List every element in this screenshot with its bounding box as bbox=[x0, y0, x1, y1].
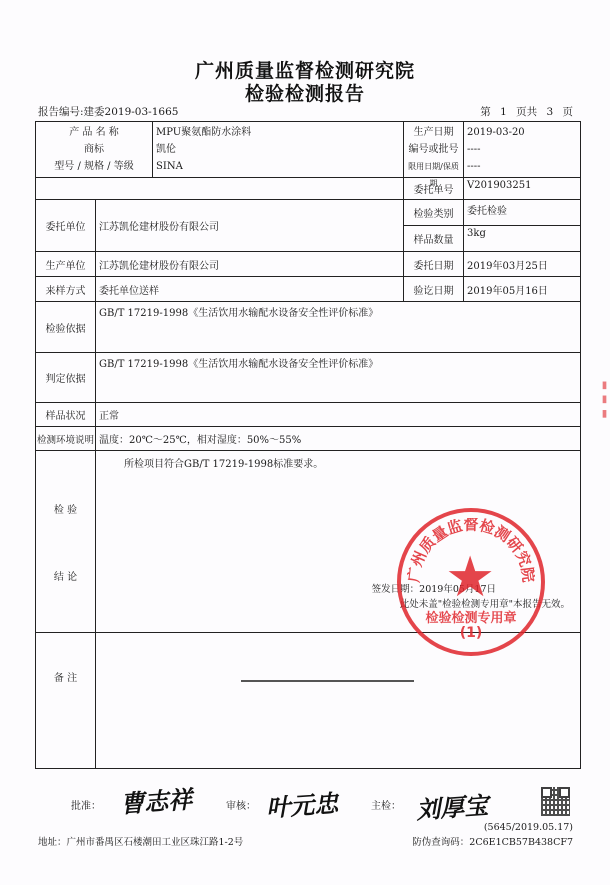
sample-qty-label: 样品数量 bbox=[404, 226, 464, 252]
production-date-value: 2019-03-20 bbox=[467, 124, 577, 141]
address: 地址：广州市番禺区石楼潮田工业区珠江路1-2号 bbox=[38, 834, 243, 848]
approve-signature: 曹志祥 bbox=[119, 780, 193, 820]
sample-status-value: 正常 bbox=[96, 403, 581, 427]
inspector-signature: 刘厚宝 bbox=[415, 786, 489, 826]
qr-code-caption: (5645/2019.05.17) bbox=[484, 822, 573, 833]
inspector-label: 主检： bbox=[371, 797, 401, 812]
order-no-value: V201903251 bbox=[464, 178, 581, 200]
completion-date-label: 验讫日期 bbox=[404, 277, 464, 302]
judgment-basis-value: GB/T 17219-1998《生活饮用水输配水设备安全性评价标准》 bbox=[96, 353, 581, 403]
judgment-basis-label: 判定依据 bbox=[36, 353, 96, 403]
report-table: 产 品 名 称 商标 型号 / 规格 / 等级 MPU聚氨酯防水涂料 凯伦 SI… bbox=[35, 121, 581, 769]
producer-value: 江苏凯伦建材股份有限公司 bbox=[96, 252, 404, 277]
report-number: 报告编号:建委2019-03-1665 bbox=[38, 104, 178, 119]
date-labels-cell: 生产日期 编号或批号 限用日期/保质期 bbox=[404, 122, 464, 178]
environment-value: 温度：20℃～25℃，相对湿度：50%～55% bbox=[96, 427, 581, 451]
brand-value: 凯伦 bbox=[156, 141, 400, 158]
sampling-label: 来样方式 bbox=[36, 277, 96, 302]
commission-date-label: 委托日期 bbox=[404, 252, 464, 277]
model-value: SINA bbox=[156, 158, 400, 175]
star-icon: ★ bbox=[445, 550, 495, 606]
remarks-strike-line bbox=[241, 680, 414, 682]
producer-label: 生产单位 bbox=[36, 252, 96, 277]
test-type-label: 检验类别 bbox=[404, 200, 464, 226]
conclusion-label-cell: 检 验 结 论 bbox=[36, 451, 96, 633]
model-label: 型号 / 规格 / 等级 bbox=[39, 158, 149, 175]
page-indicator: 第 1 页共 3 页 bbox=[480, 104, 573, 119]
review-label: 审核： bbox=[226, 797, 256, 812]
batch-value: ---- bbox=[467, 141, 577, 158]
commission-date-value: 2019年03月25日 bbox=[464, 252, 581, 277]
conclusion-label-1: 检 验 bbox=[39, 501, 92, 516]
product-values-cell: MPU聚氨酯防水涂料 凯伦 SINA bbox=[153, 122, 404, 178]
expiry-label: 限用日期/保质期 bbox=[407, 158, 460, 175]
date-values-cell: 2019-03-20 ---- ---- bbox=[464, 122, 581, 178]
product-name-label: 产 品 名 称 bbox=[39, 124, 149, 141]
seal-bottom-text: 检验检测专用章 bbox=[401, 607, 541, 626]
brand-label: 商标 bbox=[39, 141, 149, 158]
remarks-cell bbox=[96, 633, 581, 769]
conclusion-text: 所检项目符合GB/T 17219-1998标准要求。 bbox=[124, 455, 323, 470]
order-no-label: 委托单号 bbox=[404, 178, 464, 200]
sampling-value: 委托单位送样 bbox=[96, 277, 404, 302]
environment-label: 检测环境说明 bbox=[36, 427, 96, 451]
test-type-value: 委托检验 bbox=[464, 200, 581, 226]
conclusion-label-2: 结 论 bbox=[39, 568, 92, 583]
test-basis-value: GB/T 17219-1998《生活饮用水输配水设备安全性评价标准》 bbox=[96, 302, 581, 353]
sample-status-label: 样品状况 bbox=[36, 403, 96, 427]
sample-qty-value: 3kg bbox=[464, 226, 581, 252]
edge-seal-mark: ▮ ▮ ▮ bbox=[598, 380, 610, 500]
verify-code: 防伪查询码：2C6E1CB57B438CF7 bbox=[412, 834, 573, 848]
completion-date-value: 2019年05月16日 bbox=[464, 277, 581, 302]
production-date-label: 生产日期 bbox=[407, 124, 460, 141]
report-title: 检验检测报告 bbox=[0, 79, 610, 106]
client-label: 委托单位 bbox=[36, 200, 96, 252]
review-signature: 叶元忠 bbox=[265, 784, 339, 824]
blank-cell bbox=[36, 178, 404, 200]
seal-number: (1) bbox=[401, 625, 541, 641]
batch-label: 编号或批号 bbox=[407, 141, 460, 158]
product-name-value: MPU聚氨酯防水涂料 bbox=[156, 124, 400, 141]
client-value: 江苏凯伦建材股份有限公司 bbox=[96, 200, 404, 252]
remarks-label: 备 注 bbox=[36, 633, 96, 769]
test-basis-label: 检验依据 bbox=[36, 302, 96, 353]
qr-code-icon[interactable] bbox=[541, 787, 570, 816]
product-labels-cell: 产 品 名 称 商标 型号 / 规格 / 等级 bbox=[36, 122, 153, 178]
expiry-value: ---- bbox=[467, 158, 577, 175]
approve-label: 批准： bbox=[71, 797, 101, 812]
official-seal: 广州质量监督检测研究院 ★ 检验检测专用章 (1) bbox=[397, 508, 545, 656]
